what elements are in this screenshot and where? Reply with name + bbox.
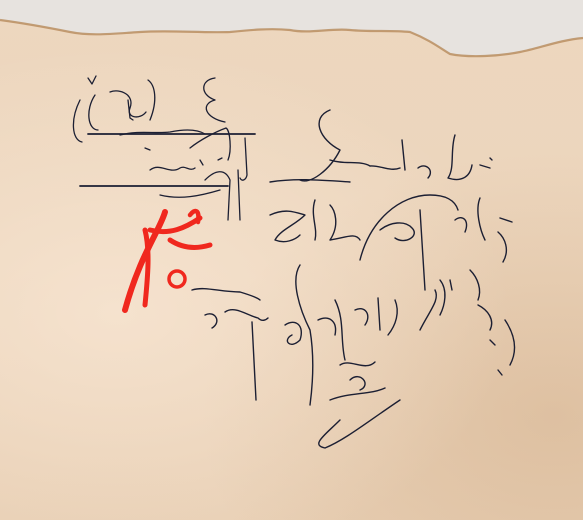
red-ink-mark (0, 0, 583, 520)
aged-paper-photo: Handwritten cursive calligraphy (Arabic/… (0, 0, 583, 520)
